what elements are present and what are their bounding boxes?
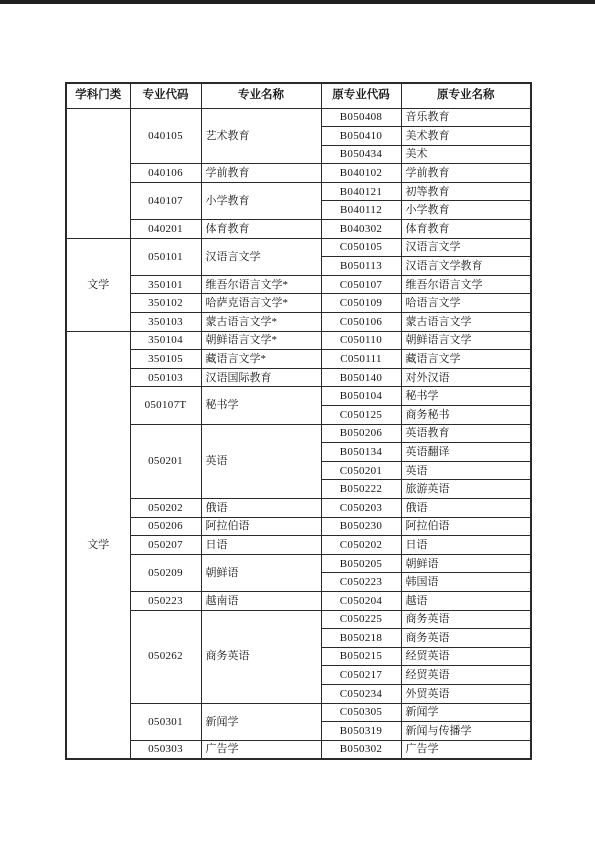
orig-name-cell: 商务英语 <box>401 629 531 648</box>
header-major-code: 专业代码 <box>130 83 201 108</box>
category-cell: 文学 <box>66 238 130 331</box>
major-name-cell: 阿拉伯语 <box>201 517 321 536</box>
orig-code-cell: C050109 <box>321 294 401 313</box>
table-row: 040106学前教育B040102学前教育 <box>66 164 531 183</box>
orig-name-cell: 朝鲜语言文学 <box>401 331 531 350</box>
orig-code-cell: B050302 <box>321 740 401 759</box>
orig-code-cell: C050305 <box>321 703 401 722</box>
major-code-cell: 050207 <box>130 536 201 555</box>
orig-code-cell: B050104 <box>321 387 401 406</box>
orig-code-cell: C050110 <box>321 331 401 350</box>
table-row: 050209朝鲜语B050205朝鲜语 <box>66 554 531 573</box>
header-row: 学科门类 专业代码 专业名称 原专业代码 原专业名称 <box>66 83 531 108</box>
table-row: 050107T秘书学B050104秘书学 <box>66 387 531 406</box>
header-original-name: 原专业名称 <box>401 83 531 108</box>
table-row: 文学350104朝鲜语言文学*C050110朝鲜语言文学 <box>66 331 531 350</box>
major-name-cell: 学前教育 <box>201 164 321 183</box>
orig-code-cell: B050140 <box>321 368 401 387</box>
major-code-cell: 350101 <box>130 275 201 294</box>
major-name-cell: 汉语国际教育 <box>201 368 321 387</box>
major-name-cell: 小学教育 <box>201 182 321 219</box>
major-name-cell: 体育教育 <box>201 220 321 239</box>
major-name-cell: 哈萨克语言文学* <box>201 294 321 313</box>
table-body: 040105艺术教育B050408音乐教育B050410美术教育B050434美… <box>66 108 531 759</box>
orig-code-cell: C050204 <box>321 591 401 610</box>
major-name-cell: 商务英语 <box>201 610 321 703</box>
orig-code-cell: B050134 <box>321 443 401 462</box>
orig-name-cell: 维吾尔语言文学 <box>401 275 531 294</box>
orig-code-cell: B050113 <box>321 257 401 276</box>
orig-name-cell: 广告学 <box>401 740 531 759</box>
orig-code-cell: B040102 <box>321 164 401 183</box>
orig-code-cell: C050106 <box>321 313 401 332</box>
table-row: 350102哈萨克语言文学*C050109哈语言文学 <box>66 294 531 313</box>
orig-name-cell: 音乐教育 <box>401 108 531 127</box>
major-code-cell: 350104 <box>130 331 201 350</box>
orig-name-cell: 俄语 <box>401 498 531 517</box>
orig-name-cell: 英语翻译 <box>401 443 531 462</box>
header-original-code: 原专业代码 <box>321 83 401 108</box>
orig-name-cell: 商务英语 <box>401 610 531 629</box>
orig-name-cell: 汉语言文学教育 <box>401 257 531 276</box>
orig-code-cell: B050434 <box>321 145 401 164</box>
major-code-cell: 040106 <box>130 164 201 183</box>
orig-name-cell: 藏语言文学 <box>401 350 531 369</box>
table-row: 050262商务英语C050225商务英语 <box>66 610 531 629</box>
major-name-cell: 汉语言文学 <box>201 238 321 275</box>
major-code-cell: 050202 <box>130 498 201 517</box>
orig-code-cell: B050230 <box>321 517 401 536</box>
category-cell: 文学 <box>66 331 130 759</box>
major-code-cell: 350103 <box>130 313 201 332</box>
major-name-cell: 蒙古语言文学* <box>201 313 321 332</box>
table-row: 040107小学教育B040121初等教育 <box>66 182 531 201</box>
majors-mapping-table: 学科门类 专业代码 专业名称 原专业代码 原专业名称 040105艺术教育B05… <box>65 82 532 760</box>
table-row: 350101维吾尔语言文学*C050107维吾尔语言文学 <box>66 275 531 294</box>
orig-name-cell: 经贸英语 <box>401 647 531 666</box>
table-row: 350105藏语言文学*C050111藏语言文学 <box>66 350 531 369</box>
major-code-cell: 350102 <box>130 294 201 313</box>
orig-name-cell: 秘书学 <box>401 387 531 406</box>
table-row: 050202俄语C050203俄语 <box>66 498 531 517</box>
major-name-cell: 英语 <box>201 424 321 498</box>
table-row: 050303广告学B050302广告学 <box>66 740 531 759</box>
orig-code-cell: B040121 <box>321 182 401 201</box>
table-row: 050103汉语国际教育B050140对外汉语 <box>66 368 531 387</box>
orig-name-cell: 越语 <box>401 591 531 610</box>
major-code-cell: 040107 <box>130 182 201 219</box>
orig-name-cell: 日语 <box>401 536 531 555</box>
major-name-cell: 藏语言文学* <box>201 350 321 369</box>
orig-code-cell: B050222 <box>321 480 401 499</box>
orig-code-cell: B050408 <box>321 108 401 127</box>
table-row: 050201英语B050206英语教育 <box>66 424 531 443</box>
major-name-cell: 日语 <box>201 536 321 555</box>
orig-name-cell: 新闻与传播学 <box>401 722 531 741</box>
orig-code-cell: C050225 <box>321 610 401 629</box>
orig-name-cell: 美术 <box>401 145 531 164</box>
orig-name-cell: 体育教育 <box>401 220 531 239</box>
major-code-cell: 040105 <box>130 108 201 164</box>
major-code-cell: 050262 <box>130 610 201 703</box>
scan-edge-bar <box>0 0 595 4</box>
orig-name-cell: 阿拉伯语 <box>401 517 531 536</box>
major-code-cell: 050101 <box>130 238 201 275</box>
orig-code-cell: C050201 <box>321 461 401 480</box>
orig-name-cell: 英语 <box>401 461 531 480</box>
orig-code-cell: C050217 <box>321 666 401 685</box>
orig-name-cell: 初等教育 <box>401 182 531 201</box>
header-major-name: 专业名称 <box>201 83 321 108</box>
orig-code-cell: C050107 <box>321 275 401 294</box>
major-code-cell: 050107T <box>130 387 201 424</box>
orig-code-cell: B050215 <box>321 647 401 666</box>
table-row: 040201体育教育B040302体育教育 <box>66 220 531 239</box>
major-name-cell: 越南语 <box>201 591 321 610</box>
orig-name-cell: 韩国语 <box>401 573 531 592</box>
major-code-cell: 050103 <box>130 368 201 387</box>
orig-name-cell: 汉语言文学 <box>401 238 531 257</box>
orig-name-cell: 经贸英语 <box>401 666 531 685</box>
orig-code-cell: B050206 <box>321 424 401 443</box>
orig-code-cell: B040302 <box>321 220 401 239</box>
orig-name-cell: 旅游英语 <box>401 480 531 499</box>
major-name-cell: 广告学 <box>201 740 321 759</box>
orig-name-cell: 外贸英语 <box>401 684 531 703</box>
orig-name-cell: 英语教育 <box>401 424 531 443</box>
orig-name-cell: 小学教育 <box>401 201 531 220</box>
orig-code-cell: B050218 <box>321 629 401 648</box>
orig-name-cell: 对外汉语 <box>401 368 531 387</box>
orig-code-cell: C050111 <box>321 350 401 369</box>
orig-name-cell: 学前教育 <box>401 164 531 183</box>
orig-code-cell: B050205 <box>321 554 401 573</box>
orig-code-cell: C050202 <box>321 536 401 555</box>
orig-name-cell: 哈语言文学 <box>401 294 531 313</box>
header-subject-category: 学科门类 <box>66 83 130 108</box>
category-cell <box>66 108 130 238</box>
orig-name-cell: 商务秘书 <box>401 406 531 425</box>
orig-code-cell: C050105 <box>321 238 401 257</box>
major-code-cell: 050223 <box>130 591 201 610</box>
major-code-cell: 050301 <box>130 703 201 740</box>
orig-name-cell: 蒙古语言文学 <box>401 313 531 332</box>
orig-code-cell: C050203 <box>321 498 401 517</box>
orig-code-cell: C050234 <box>321 684 401 703</box>
table-row: 文学050101汉语言文学C050105汉语言文学 <box>66 238 531 257</box>
orig-name-cell: 美术教育 <box>401 127 531 146</box>
major-name-cell: 朝鲜语言文学* <box>201 331 321 350</box>
orig-code-cell: C050223 <box>321 573 401 592</box>
major-code-cell: 050303 <box>130 740 201 759</box>
major-name-cell: 秘书学 <box>201 387 321 424</box>
table-row: 350103蒙古语言文学*C050106蒙古语言文学 <box>66 313 531 332</box>
table-row: 050206阿拉伯语B050230阿拉伯语 <box>66 517 531 536</box>
major-code-cell: 050206 <box>130 517 201 536</box>
orig-code-cell: C050125 <box>321 406 401 425</box>
major-code-cell: 040201 <box>130 220 201 239</box>
orig-code-cell: B040112 <box>321 201 401 220</box>
major-name-cell: 艺术教育 <box>201 108 321 164</box>
orig-name-cell: 新闻学 <box>401 703 531 722</box>
major-name-cell: 维吾尔语言文学* <box>201 275 321 294</box>
orig-code-cell: B050410 <box>321 127 401 146</box>
table-row: 050207日语C050202日语 <box>66 536 531 555</box>
major-name-cell: 俄语 <box>201 498 321 517</box>
table-row: 050301新闻学C050305新闻学 <box>66 703 531 722</box>
orig-code-cell: B050319 <box>321 722 401 741</box>
major-code-cell: 050209 <box>130 554 201 591</box>
major-name-cell: 新闻学 <box>201 703 321 740</box>
major-code-cell: 050201 <box>130 424 201 498</box>
table-row: 040105艺术教育B050408音乐教育 <box>66 108 531 127</box>
table-row: 050223越南语C050204越语 <box>66 591 531 610</box>
major-name-cell: 朝鲜语 <box>201 554 321 591</box>
major-code-cell: 350105 <box>130 350 201 369</box>
orig-name-cell: 朝鲜语 <box>401 554 531 573</box>
